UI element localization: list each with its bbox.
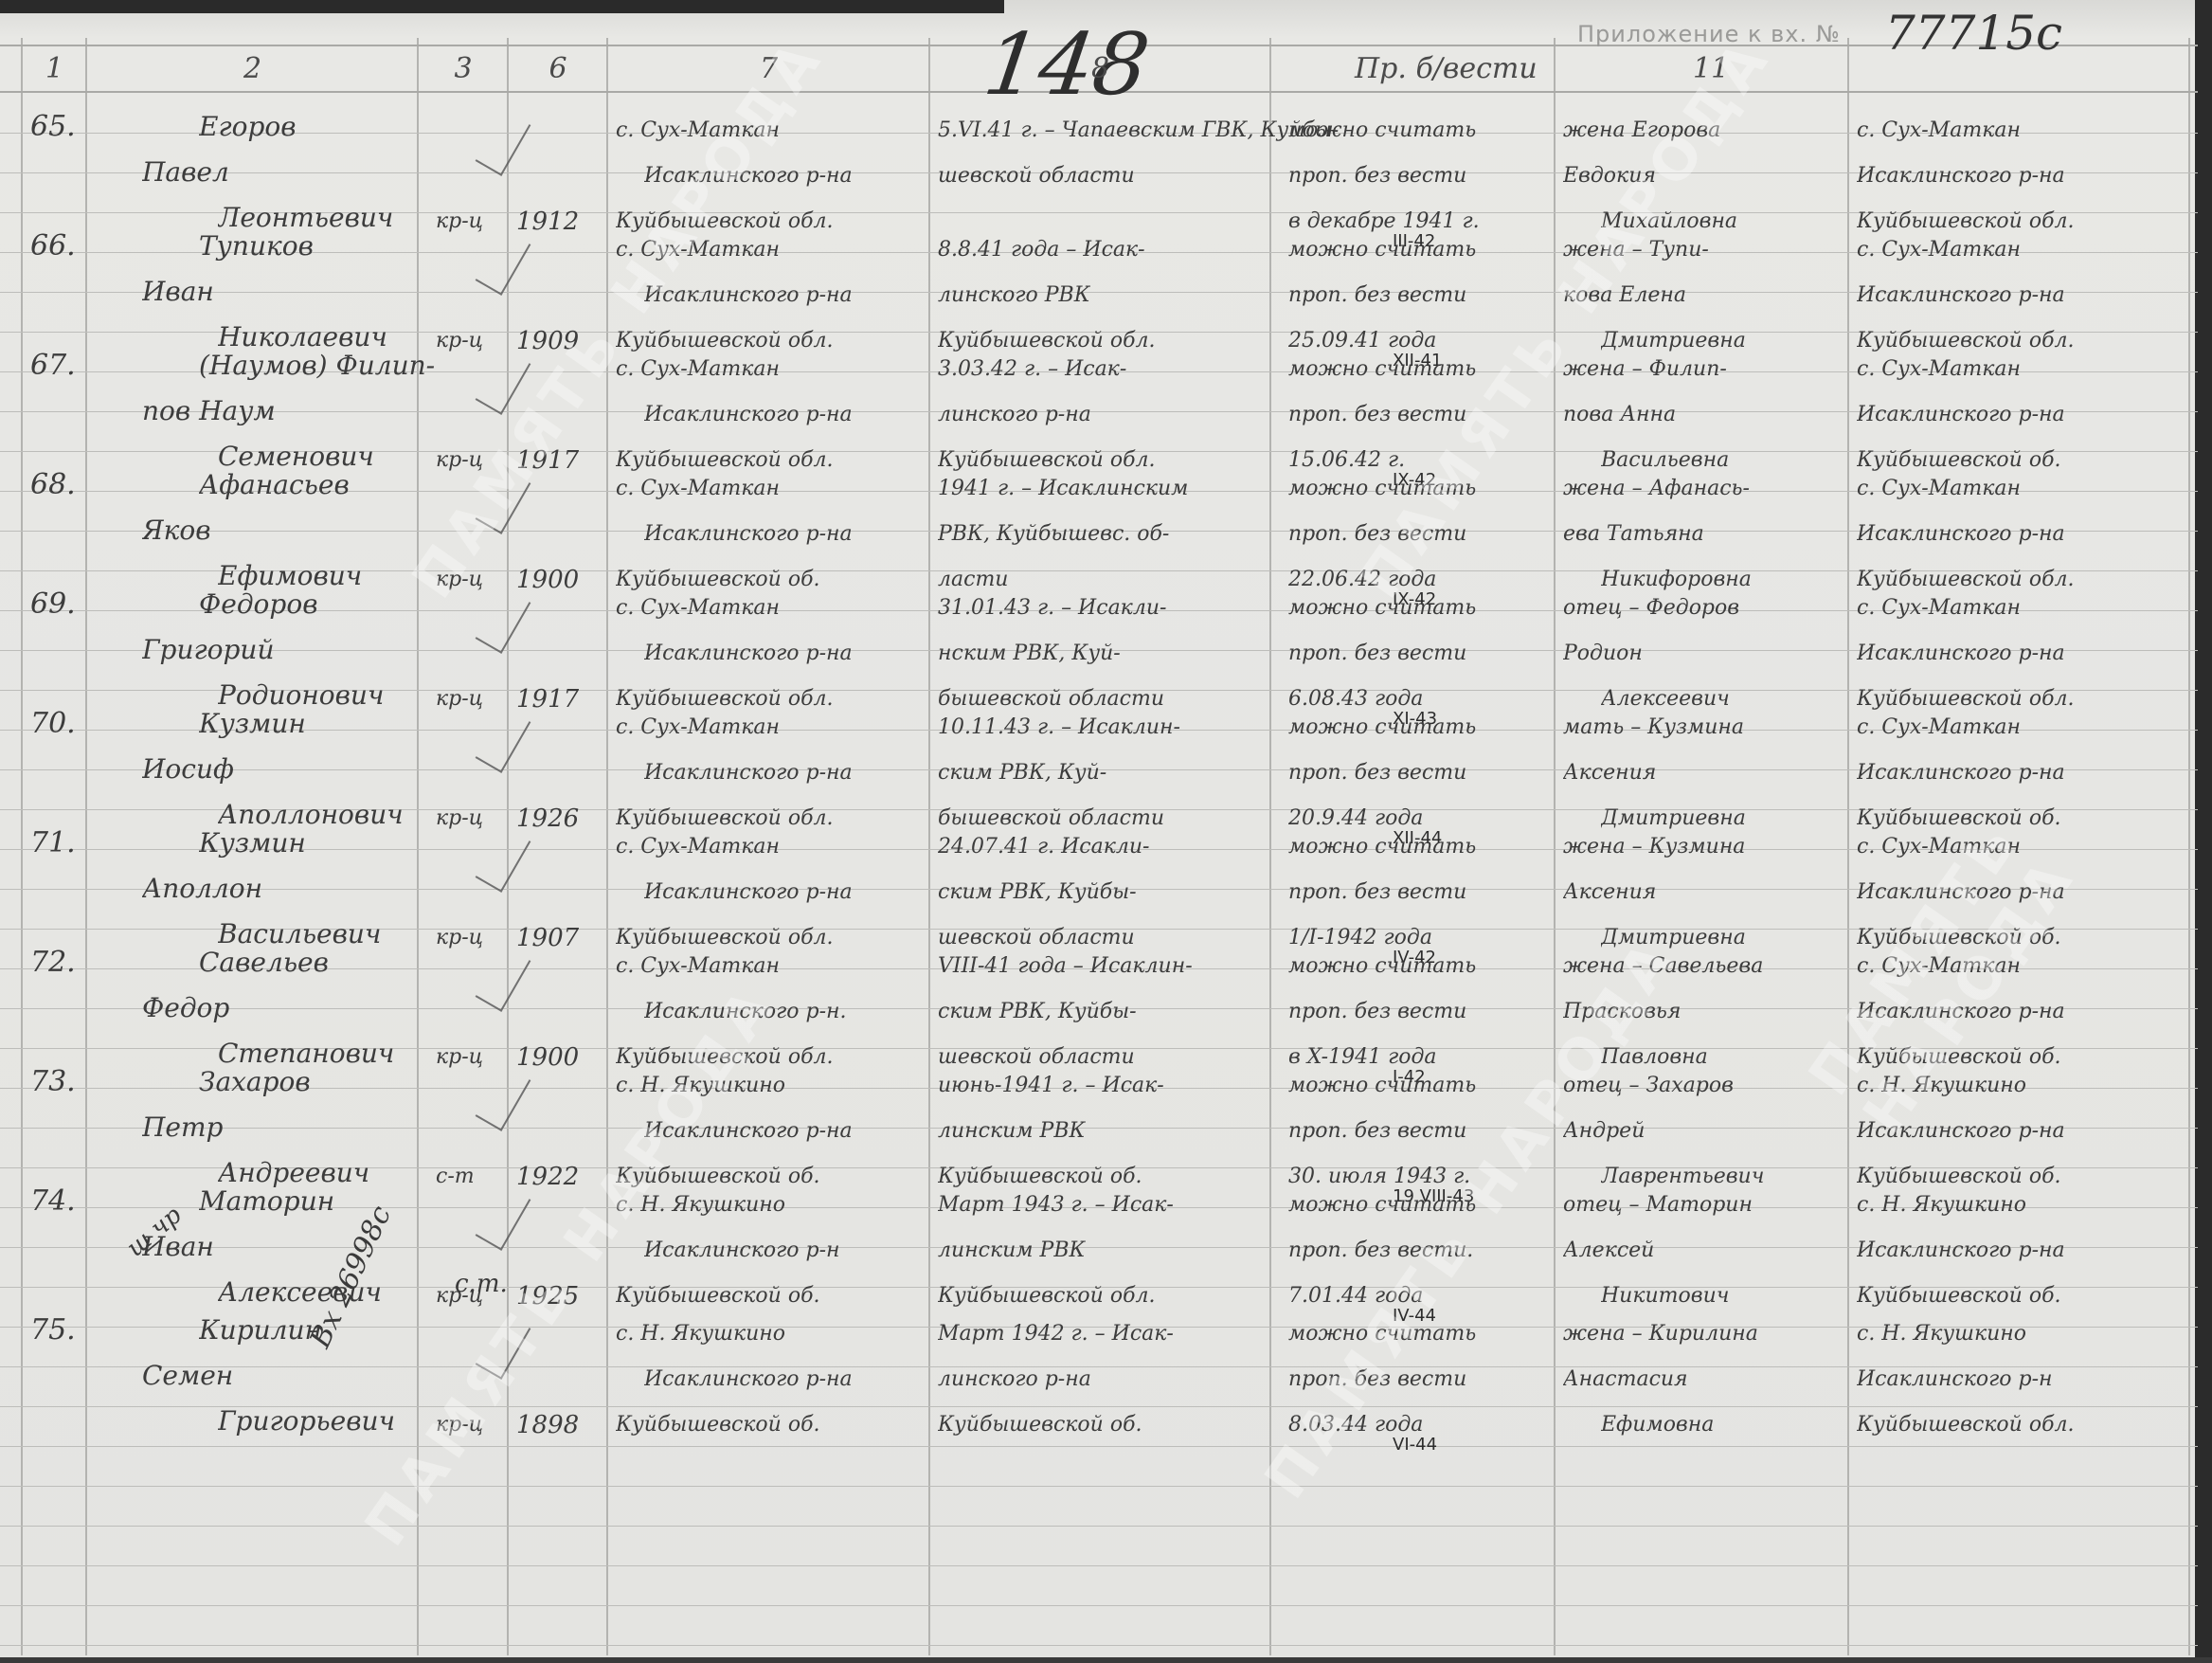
rank: кр-ц <box>436 315 483 368</box>
column-header-status: Пр. б/вести <box>1355 52 1538 85</box>
column-rule <box>928 38 930 1655</box>
check-mark-icon <box>476 110 531 176</box>
ruled-line <box>0 1486 2198 1487</box>
row-number: 69. <box>30 578 76 631</box>
soldier-name-line: Федор <box>142 982 229 1035</box>
address-line: Куйбышевской обл. <box>1857 1399 2075 1452</box>
column-header-name: 2 <box>243 52 261 85</box>
check-mark-icon <box>476 349 531 415</box>
soldier-name-line: Григорьевич <box>218 1395 395 1448</box>
rank: кр-ц <box>436 195 483 248</box>
birth-year: 1909 <box>516 315 579 368</box>
rank: кр-ц <box>436 553 483 606</box>
column-header-called_up: 8 <box>1091 52 1109 85</box>
scan-edge-right <box>2195 0 2212 1663</box>
column-header-relative: 11 <box>1693 52 1729 85</box>
column-rule <box>606 38 608 1655</box>
check-mark-icon <box>476 707 531 773</box>
row-number: 70. <box>30 697 76 750</box>
rank: кр-ц <box>436 912 483 965</box>
ruled-line <box>0 1605 2198 1606</box>
birth-year: 1917 <box>516 434 579 487</box>
row-number: 73. <box>30 1056 76 1109</box>
row-number: 71. <box>30 817 76 870</box>
birth-year: 1926 <box>516 792 579 845</box>
column-rule <box>21 38 23 1655</box>
check-mark-icon <box>476 1184 531 1251</box>
ruled-line <box>0 1526 2198 1527</box>
birth-year: 1900 <box>516 553 579 606</box>
column-rule <box>2188 38 2190 1655</box>
birth-year: 1917 <box>516 673 579 726</box>
status-mark: VI-44 <box>1393 1435 1437 1455</box>
soldier-name-line: Петр <box>142 1101 223 1154</box>
page-number: 148 <box>979 15 1156 115</box>
form-caption: Приложение к вх. № <box>1577 21 1841 47</box>
soldier-name-line: Яков <box>142 504 211 557</box>
row-number: 67. <box>30 339 76 392</box>
rank: с-т <box>436 1150 475 1203</box>
check-mark-icon <box>476 468 531 534</box>
birthplace-line: Куйбышевской об. <box>616 1399 820 1452</box>
rank: кр-ц <box>436 673 483 726</box>
soldier-name-line: Тупиков <box>199 220 314 273</box>
column-rule <box>1554 38 1556 1655</box>
soldier-name-line: Афанасьев <box>199 459 350 512</box>
rank: кр-ц <box>436 792 483 845</box>
column-header-year: 6 <box>549 52 567 85</box>
check-mark-icon <box>476 1313 531 1380</box>
called-up-line: шевской области <box>938 150 1135 203</box>
column-header-birthplace: 7 <box>760 52 778 85</box>
check-mark-icon <box>476 826 531 893</box>
column-rule <box>417 38 419 1655</box>
check-mark-icon <box>476 587 531 654</box>
column-rule <box>1269 38 1271 1655</box>
row-number: 66. <box>30 220 76 273</box>
check-mark-icon <box>476 946 531 1012</box>
column-rule <box>85 38 87 1655</box>
called-up-line: Куйбышевской об. <box>938 1399 1142 1452</box>
row-number: 72. <box>30 936 76 989</box>
rank: кр-ц <box>436 434 483 487</box>
row-number: 74. <box>30 1175 76 1228</box>
column-header-no: 1 <box>45 52 63 85</box>
column-rule <box>1847 38 1849 1655</box>
scan-edge-bottom <box>0 1657 2212 1663</box>
rank: кр-ц <box>436 1031 483 1084</box>
birth-year: 1900 <box>516 1031 579 1084</box>
scan-edge-top <box>0 0 1004 13</box>
birth-year: 1898 <box>516 1399 579 1452</box>
ledger-page: Приложение к вх. № 77715с 148 123678Пр. … <box>0 0 2212 1663</box>
check-mark-icon <box>476 1065 531 1131</box>
rank: кр-ц <box>436 1399 483 1452</box>
birth-year: 1912 <box>516 195 579 248</box>
archive-number: 77715с <box>1885 6 2062 61</box>
birth-year: 1907 <box>516 912 579 965</box>
relative-line: Ефимовна <box>1601 1399 1714 1452</box>
birth-year: 1925 <box>516 1270 579 1323</box>
check-mark-icon <box>476 229 531 296</box>
soldier-name-line: Иван <box>142 265 214 318</box>
row-number: 68. <box>30 459 76 512</box>
margin-note: с.т. <box>455 1270 508 1298</box>
birth-year: 1922 <box>516 1150 579 1203</box>
soldier-name-line: Павел <box>142 146 229 199</box>
ruled-line <box>0 1565 2198 1566</box>
row-number: 65. <box>30 100 76 154</box>
ruled-line <box>0 1645 2198 1646</box>
soldier-name-line: Маторин <box>199 1175 334 1228</box>
column-header-rank: 3 <box>455 52 473 85</box>
row-number: 75. <box>30 1304 76 1357</box>
